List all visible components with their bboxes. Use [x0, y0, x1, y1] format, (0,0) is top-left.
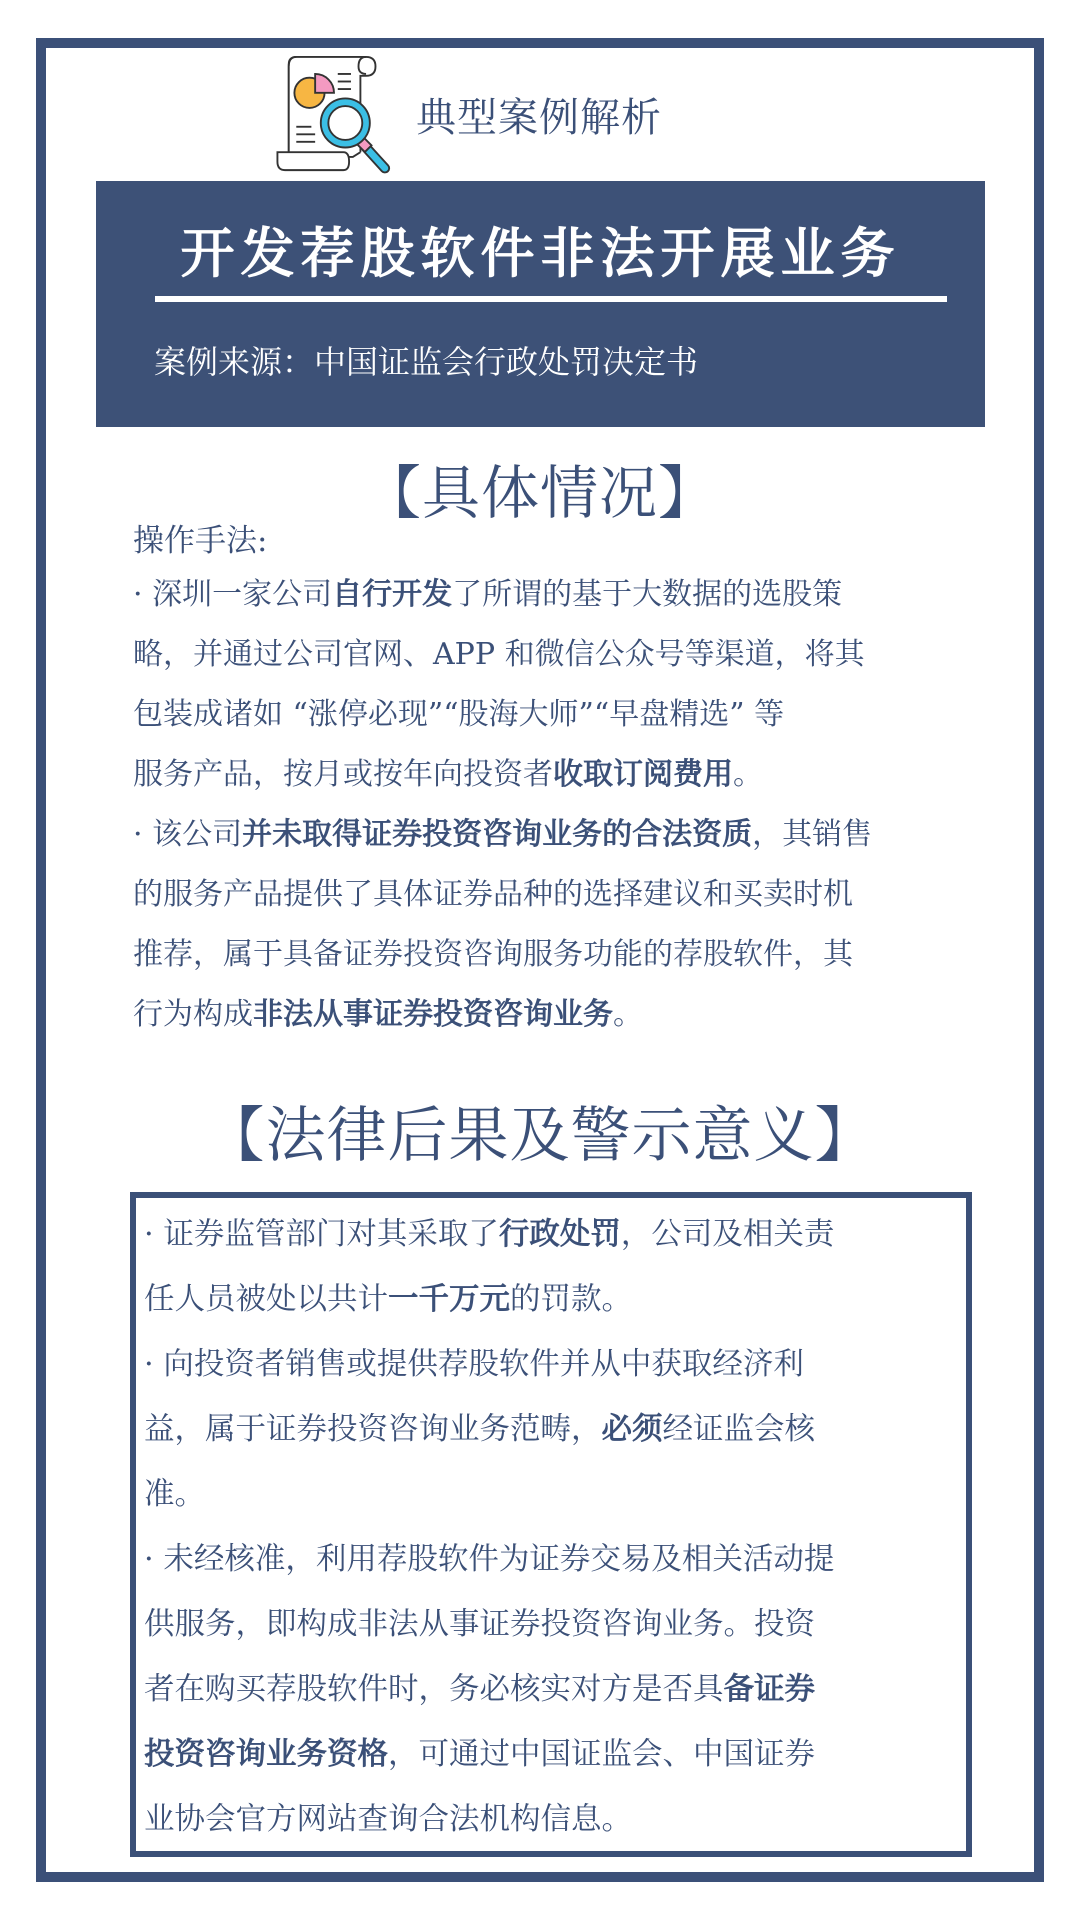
emphasis-text: 并未取得证券投资咨询业务的合法资质: [242, 817, 752, 852]
text-line: 准。: [144, 1462, 964, 1527]
page-title: 开发荐股软件非法开展业务: [96, 211, 985, 288]
text-line: 者在购买荐股软件时，务必核实对方是否具备证券: [144, 1657, 964, 1722]
text-line: 任人员被处以共计一千万元的罚款。: [144, 1267, 964, 1332]
body-text: · 未经核准，利用荐股软件为证券交易及相关活动提: [144, 1542, 834, 1577]
document-magnifier-icon: [268, 52, 400, 177]
body-text: 任人员被处以共计: [144, 1282, 388, 1317]
text-line: · 该公司并未取得证券投资咨询业务的合法资质，其销售: [133, 805, 973, 865]
title-banner: 开发荐股软件非法开展业务 案例来源：中国证监会行政处罚决定书: [96, 181, 985, 427]
text-line: 行为构成非法从事证券投资咨询业务。: [133, 985, 973, 1045]
body-text: ，可通过中国证监会、中国证券: [388, 1737, 815, 1772]
body-text: 略，并通过公司官网、APP 和微信公众号等渠道，将其: [133, 637, 865, 672]
body-text: 供服务，即构成非法从事证券投资咨询业务。投资: [144, 1607, 815, 1642]
consequences-box: · 证券监管部门对其采取了行政处罚，公司及相关责任人员被处以共计一千万元的罚款。…: [130, 1192, 972, 1857]
body-text: 推荐，属于具备证券投资咨询服务功能的荐股软件，其: [133, 937, 853, 972]
kicker-label: 典型案例解析: [416, 86, 662, 143]
emphasis-text: 行政处罚: [499, 1216, 621, 1252]
body-text: 包装成诸如 “涨停必现”“股海大师”“早盘精选” 等: [133, 697, 784, 732]
emphasis-text: 投资咨询业务资格: [144, 1736, 388, 1772]
text-line: 包装成诸如 “涨停必现”“股海大师”“早盘精选” 等: [133, 685, 973, 745]
text-line: 投资咨询业务资格，可通过中国证监会、中国证券: [144, 1722, 964, 1787]
body-text: 行为构成: [133, 997, 253, 1032]
body-text: 者在购买荐股软件时，务必核实对方是否具: [144, 1672, 724, 1707]
text-line: 供服务，即构成非法从事证券投资咨询业务。投资: [144, 1592, 964, 1657]
text-line: · 深圳一家公司自行开发了所谓的基于大数据的选股策: [133, 565, 973, 625]
method-label: 操作手法:: [133, 515, 267, 560]
body-text: 准。: [144, 1477, 205, 1512]
text-line: · 未经核准，利用荐股软件为证券交易及相关活动提: [144, 1527, 964, 1592]
kicker: [268, 52, 400, 177]
text-line: · 证券监管部门对其采取了行政处罚，公司及相关责: [144, 1202, 964, 1267]
body-text: 服务产品，按月或按年向投资者: [133, 757, 553, 792]
body-text: · 向投资者销售或提供荐股软件并从中获取经济利: [144, 1347, 804, 1382]
text-line: 的服务产品提供了具体证券品种的选择建议和买卖时机: [133, 865, 973, 925]
body-text: 业协会官方网站查询合法机构信息。: [144, 1802, 632, 1837]
emphasis-text: 一千万元: [388, 1281, 510, 1317]
case-source: 案例来源：中国证监会行政处罚决定书: [154, 337, 698, 383]
emphasis-text: 收取订阅费用: [553, 757, 733, 792]
body-text: 的服务产品提供了具体证券品种的选择建议和买卖时机: [133, 877, 853, 912]
emphasis-text: 备证券: [724, 1671, 816, 1707]
body-text: · 该公司: [133, 817, 242, 852]
body-text: · 深圳一家公司: [133, 577, 332, 612]
emphasis-text: 自行开发: [332, 577, 452, 612]
body-text: 经证监会核: [663, 1412, 816, 1447]
body-text: ，公司及相关责: [621, 1217, 835, 1252]
section-heading-consequences: 【法律后果及警示意义】: [0, 1088, 1080, 1174]
banner-divider: [155, 296, 947, 302]
consequences-paragraph: · 证券监管部门对其采取了行政处罚，公司及相关责任人员被处以共计一千万元的罚款。…: [144, 1202, 964, 1852]
emphasis-text: 非法从事证券投资咨询业务: [253, 997, 613, 1032]
body-text: ，其销售: [752, 817, 872, 852]
body-text: 。: [613, 997, 643, 1032]
text-line: 服务产品，按月或按年向投资者收取订阅费用。: [133, 745, 973, 805]
body-text: 。: [733, 757, 763, 792]
body-text: 了所谓的基于大数据的选股策: [452, 577, 842, 612]
text-line: · 向投资者销售或提供荐股软件并从中获取经济利: [144, 1332, 964, 1397]
body-text: 益，属于证券投资咨询业务范畴，: [144, 1412, 602, 1447]
body-text: 的罚款。: [510, 1282, 632, 1317]
text-line: 益，属于证券投资咨询业务范畴，必须经证监会核: [144, 1397, 964, 1462]
body-text: · 证券监管部门对其采取了: [144, 1217, 499, 1252]
emphasis-text: 必须: [602, 1411, 663, 1447]
text-line: 业协会官方网站查询合法机构信息。: [144, 1787, 964, 1852]
details-paragraph: · 深圳一家公司自行开发了所谓的基于大数据的选股策略，并通过公司官网、APP 和…: [133, 565, 973, 1045]
text-line: 推荐，属于具备证券投资咨询服务功能的荐股软件，其: [133, 925, 973, 985]
text-line: 略，并通过公司官网、APP 和微信公众号等渠道，将其: [133, 625, 973, 685]
